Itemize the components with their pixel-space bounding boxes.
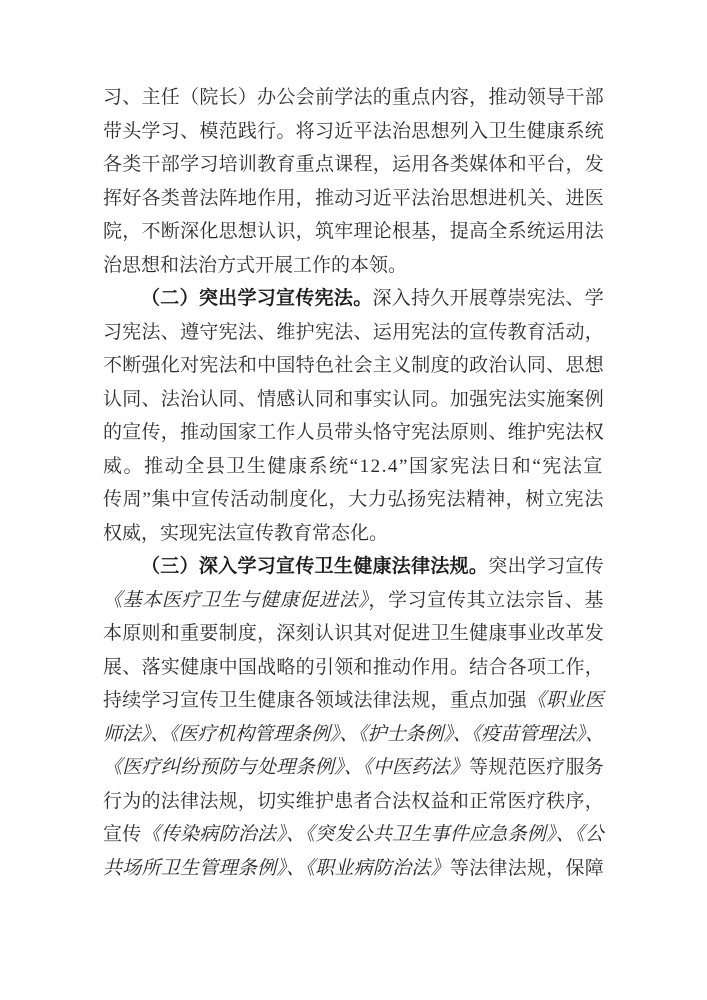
text-line-content: 威。推动全县卫生健康系统“12.4”国家宪法日和“宪法宣 (103, 456, 604, 477)
text-line: 《医疗纠纷预防与处理条例》、《中医药法》等规范医疗服务 (103, 751, 604, 785)
body-text-run: 传周”集中宣传活动制度化，大力弘扬宪法精神，树立宪法 (103, 489, 604, 510)
text-line: 传周”集中宣传活动制度化，大力弘扬宪法精神，树立宪法 (103, 483, 604, 517)
text-line: 的宣传，推动国家工作人员带头恪守宪法原则、维护宪法权 (103, 416, 604, 450)
text-line-content: 院，不断深化思想认识，筑牢理论根基，提高全系统运用法 (103, 221, 604, 242)
section-heading-run: （三）深入学习宣传卫生健康法律法规。 (141, 556, 488, 577)
text-line-content: 权威，实现宪法宣传教育常态化。 (103, 523, 388, 544)
text-line: 习宪法、遵守宪法、维护宪法、运用宪法的宣传教育活动， (103, 316, 604, 350)
text-line: （二）突出学习宣传宪法。深入持久开展尊崇宪法、学 (103, 282, 604, 316)
body-text-run: 宣传 (103, 824, 142, 845)
text-line: 认同、法治认同、情感认同和事实认同。加强宪法实施案例 (103, 383, 604, 417)
text-line: 权威，实现宪法宣传教育常态化。 (103, 517, 604, 551)
text-line-content: 各类干部学习培训教育重点课程，运用各类媒体和平台，发 (103, 154, 604, 175)
law-title-run: 师法》、《医疗机构管理条例》、《护士条例》、《疫苗管理法》、 (103, 724, 604, 745)
text-line: 《基本医疗卫生与健康促进法》，学习宣传其立法宗旨、基 (103, 584, 604, 618)
text-line-content: 展、落实健康中国战略的引领和推动作用。结合各项工作， (103, 657, 604, 678)
text-line-content: 本原则和重要制度，深刻认识其对促进卫生健康事业改革发 (103, 623, 604, 644)
body-text-run: 挥好各类普法阵地作用，推动习近平法治思想进机关、进医 (103, 188, 604, 209)
text-line-content: 师法》、《医疗机构管理条例》、《护士条例》、《疫苗管理法》、 (103, 724, 604, 745)
body-text-run: 治思想和法治方式开展工作的本领。 (103, 255, 407, 276)
body-text-run: 等规范医疗服务 (469, 757, 604, 778)
body-text-run: ，学习宣传其立法宗旨、基 (368, 590, 604, 611)
law-title-run: 《医疗纠纷预防与处理条例》、《中医药法》 (103, 757, 469, 778)
text-line-content: 共场所卫生管理条例》、《职业病防治法》等法律法规，保障 (103, 858, 604, 879)
text-line-content: 挥好各类普法阵地作用，推动习近平法治思想进机关、进医 (103, 188, 604, 209)
text-line-content: 不断强化对宪法和中国特色社会主义制度的政治认同、思想 (103, 355, 604, 376)
text-line: 各类干部学习培训教育重点课程，运用各类媒体和平台，发 (103, 148, 604, 182)
body-text-run: 习、主任（院长）办公会前学法的重点内容，推动领导干部 (103, 87, 604, 108)
text-line: 宣传《传染病防治法》、《突发公共卫生事件应急条例》、《公 (103, 818, 604, 852)
text-line-content: 带头学习、模范践行。将习近平法治思想列入卫生健康系统 (103, 121, 604, 142)
text-line-content: 行为的法律法规，切实维护患者合法权益和正常医疗秩序， (103, 791, 604, 812)
text-line: 威。推动全县卫生健康系统“12.4”国家宪法日和“宪法宣 (103, 450, 604, 484)
document-body: 习、主任（院长）办公会前学法的重点内容，推动领导干部带头学习、模范践行。将习近平… (103, 81, 604, 885)
text-line-content: 《基本医疗卫生与健康促进法》，学习宣传其立法宗旨、基 (103, 590, 604, 611)
section-heading-run: （二）突出学习宣传宪法。 (141, 288, 373, 309)
text-line: 本原则和重要制度，深刻认识其对促进卫生健康事业改革发 (103, 617, 604, 651)
text-line: 持续学习宣传卫生健康各领域法律法规，重点加强《职业医 (103, 684, 604, 718)
body-text-run: 院，不断深化思想认识，筑牢理论根基，提高全系统运用法 (103, 221, 604, 242)
text-line: （三）深入学习宣传卫生健康法律法规。突出学习宣传 (103, 550, 604, 584)
text-line: 行为的法律法规，切实维护患者合法权益和正常医疗秩序， (103, 785, 604, 819)
text-line: 挥好各类普法阵地作用，推动习近平法治思想进机关、进医 (103, 182, 604, 216)
document-page: 习、主任（院长）办公会前学法的重点内容，推动领导干部带头学习、模范践行。将习近平… (0, 0, 707, 1000)
law-title-run: 《职业医 (527, 690, 604, 711)
body-text-run: 等法律法规，保障 (450, 858, 604, 879)
text-line: 不断强化对宪法和中国特色社会主义制度的政治认同、思想 (103, 349, 604, 383)
body-text-run: 持续学习宣传卫生健康各领域法律法规，重点加强 (103, 690, 527, 711)
text-line: 共场所卫生管理条例》、《职业病防治法》等法律法规，保障 (103, 852, 604, 886)
law-title-run: 《基本医疗卫生与健康促进法》 (103, 590, 368, 611)
body-text-run: 本原则和重要制度，深刻认识其对促进卫生健康事业改革发 (103, 623, 604, 644)
text-line: 治思想和法治方式开展工作的本领。 (103, 249, 604, 283)
body-text-run: 深入持久开展尊崇宪法、学 (373, 288, 605, 309)
text-line-content: 持续学习宣传卫生健康各领域法律法规，重点加强《职业医 (103, 690, 604, 711)
text-line-content: 宣传《传染病防治法》、《突发公共卫生事件应急条例》、《公 (103, 824, 604, 845)
law-title-run: 共场所卫生管理条例》、《职业病防治法》 (103, 858, 450, 879)
body-text-run: 的宣传，推动国家工作人员带头恪守宪法原则、维护宪法权 (103, 422, 604, 443)
law-title-run: 《传染病防治法》、《突发公共卫生事件应急条例》、《公 (142, 824, 604, 845)
text-line-content: （三）深入学习宣传卫生健康法律法规。突出学习宣传 (141, 556, 604, 577)
text-line-content: （二）突出学习宣传宪法。深入持久开展尊崇宪法、学 (141, 288, 604, 309)
text-line-content: 习宪法、遵守宪法、维护宪法、运用宪法的宣传教育活动， (103, 322, 604, 343)
text-line-content: 认同、法治认同、情感认同和事实认同。加强宪法实施案例 (103, 389, 604, 410)
body-text-run: 突出学习宣传 (488, 556, 604, 577)
body-text-run: 行为的法律法规，切实维护患者合法权益和正常医疗秩序， (103, 791, 604, 812)
body-text-run: 威。推动全县卫生健康系统“12.4”国家宪法日和“宪法宣 (103, 456, 604, 477)
text-line-content: 习、主任（院长）办公会前学法的重点内容，推动领导干部 (103, 87, 604, 108)
text-line: 师法》、《医疗机构管理条例》、《护士条例》、《疫苗管理法》、 (103, 718, 604, 752)
text-line: 习、主任（院长）办公会前学法的重点内容，推动领导干部 (103, 81, 604, 115)
body-text-run: 展、落实健康中国战略的引领和推动作用。结合各项工作， (103, 657, 604, 678)
body-text-run: 带头学习、模范践行。将习近平法治思想列入卫生健康系统 (103, 121, 604, 142)
body-text-run: 习宪法、遵守宪法、维护宪法、运用宪法的宣传教育活动， (103, 322, 604, 343)
text-line: 展、落实健康中国战略的引领和推动作用。结合各项工作， (103, 651, 604, 685)
body-text-run: 不断强化对宪法和中国特色社会主义制度的政治认同、思想 (103, 355, 604, 376)
text-line-content: 的宣传，推动国家工作人员带头恪守宪法原则、维护宪法权 (103, 422, 604, 443)
body-text-run: 认同、法治认同、情感认同和事实认同。加强宪法实施案例 (103, 389, 604, 410)
text-line-content: 治思想和法治方式开展工作的本领。 (103, 255, 407, 276)
body-text-run: 权威，实现宪法宣传教育常态化。 (103, 523, 388, 544)
text-line: 院，不断深化思想认识，筑牢理论根基，提高全系统运用法 (103, 215, 604, 249)
body-text-run: 各类干部学习培训教育重点课程，运用各类媒体和平台，发 (103, 154, 604, 175)
text-line: 带头学习、模范践行。将习近平法治思想列入卫生健康系统 (103, 115, 604, 149)
text-line-content: 《医疗纠纷预防与处理条例》、《中医药法》等规范医疗服务 (103, 757, 604, 778)
text-line-content: 传周”集中宣传活动制度化，大力弘扬宪法精神，树立宪法 (103, 489, 604, 510)
